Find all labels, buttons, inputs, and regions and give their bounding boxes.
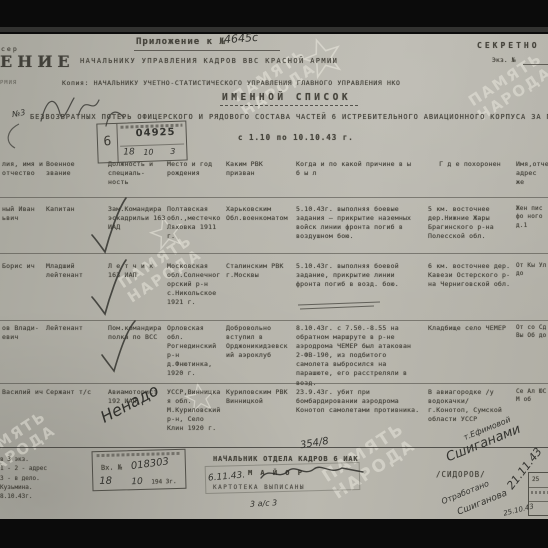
cell-rank: Сержант т/с <box>46 388 102 397</box>
checkmark-handwritten <box>98 318 138 374</box>
cell-buried: Кладбище село ЧЕМЕР <box>428 324 512 333</box>
cell-rank: Лейтенант <box>46 324 102 333</box>
cell-family: Се Ал ЮС М об <box>516 388 548 405</box>
signature-name: /СИДОРОВ/ <box>436 470 486 479</box>
col-header-name: лия, имя и отчество <box>2 160 52 178</box>
copies-line: Кузьмина. <box>0 483 58 492</box>
card-stamp-text: КАРТОТЕКА ВЫПИСАНЫ <box>213 484 305 491</box>
reg-number: 018303 <box>130 456 169 472</box>
row-separator <box>0 197 548 198</box>
cell-cause: 8.10.43г. с 7.50.-8.55 на обратном маршр… <box>296 324 422 388</box>
appendix-label: Приложение к № <box>136 37 226 47</box>
cell-cause: 23.9.43г. убит при бомбардировании аэрод… <box>296 388 422 415</box>
scan-streak <box>0 27 548 32</box>
cell-buried: 6 км. восточнее дер. Кавези Остерского р… <box>428 262 512 289</box>
cell-birth: Полтавская обл.,местечко Ляховка 1911 г. <box>167 205 224 241</box>
row-separator <box>0 383 548 384</box>
signature-scribble <box>258 463 368 485</box>
cell-rvk: Куриловским РВК Винницкой <box>226 388 290 406</box>
cell-name: Василий ич <box>2 388 52 397</box>
cell-rvk: Харьковским Обл.военкоматом <box>226 205 290 223</box>
cell-name: ный Иван ьвич <box>2 205 52 223</box>
cell-family: Жен пис фо ного д.1 <box>516 205 548 230</box>
col-header-cause: Когда и по какой причине в ы б ы л <box>296 160 416 178</box>
stamp-day: 18 <box>123 147 135 157</box>
title-underline <box>220 105 358 106</box>
checkmark-handwritten <box>88 257 128 317</box>
col-header-birth: Место и год рождения <box>167 160 224 178</box>
edge-stamp-text: 25 <box>532 476 539 483</box>
period-line: с 1.10 по 10.10.43 г. <box>238 133 354 142</box>
reg-year: 194 3г. <box>151 478 176 486</box>
cell-rvk: Сталинским РВК г.Москвы <box>226 262 290 280</box>
stamp-year: 3 <box>170 147 175 156</box>
cell-birth: Московская обл.Солнечногорский р-н с.Ник… <box>167 262 224 307</box>
cell-family: От со Сд Вы Об до <box>516 324 548 341</box>
copy-number-label: Экз. № <box>492 56 515 64</box>
incoming-stamp: 6 04925 18 10 3 <box>96 120 187 163</box>
reg-label: Вх. № <box>101 463 122 472</box>
edge-stamp-cut: 25 <box>528 472 548 516</box>
row-separator <box>0 320 548 321</box>
cell-buried: 5 км. восточнее дер.Нижние Жары Брагинск… <box>428 205 512 241</box>
copies-block: в 3 экз. 1 - 2 - адрес 3 - в дело. Кузьм… <box>0 455 58 501</box>
cell-birth: УССР,Винницкая обл. М.Куриловский р-н, С… <box>167 388 224 433</box>
reg-month: 10 <box>131 477 143 487</box>
cell-cause: 5.10.43г. выполняя боевой задание, прикр… <box>296 262 422 289</box>
col-header-duty: Должность и специаль- ность <box>108 160 168 187</box>
secret-stamp: СЕКРЕТНО <box>477 41 540 50</box>
appendix-underline <box>134 50 280 51</box>
copy-number-line <box>523 64 548 65</box>
pencil-underline <box>296 301 384 311</box>
cell-name: ов Влади- евич <box>2 324 52 342</box>
cell-birth: Орловская обл. Рогнединский р-н д.Фнютин… <box>167 324 224 379</box>
copies-line: 3 - в дело. <box>0 474 58 483</box>
stamp-number: 04925 <box>136 127 176 139</box>
col-header-buried: Г д е похоронен <box>428 160 512 169</box>
subtitle-line: БЕЗВОЗВРАТНЫХ ПОТЕРЬ ОФИЦЕРСКОГО И РЯДОВ… <box>30 113 548 121</box>
copies-line: 1 - 2 - адрес <box>0 464 58 473</box>
reg-day: 18 <box>99 476 112 487</box>
stamp-group: 6 <box>97 124 118 163</box>
cell-rvk: Добровольно вступил в Орджоникидзевский … <box>226 324 290 360</box>
registration-stamp: Вх. № 018303 18 10 194 3г. <box>91 449 186 491</box>
appendix-number-handwritten: 4645с <box>224 31 259 46</box>
col-header-rvk: Каким РВК призван <box>226 160 290 178</box>
scan-black-band-bottom <box>0 519 548 548</box>
document-scan: ПАМЯТЬ НАРОДА ПАМЯТЬ НАРОДА ПАМЯТЬ НАРОД… <box>0 0 548 548</box>
stamp-month: 10 <box>143 148 153 157</box>
edge-fragment: РМИЯ <box>0 80 17 86</box>
copies-line: 8.10.43г. <box>0 492 58 501</box>
cell-name: Борис ич <box>2 262 52 271</box>
handwritten-copies-note: 3 а/с 3 <box>250 498 278 508</box>
edge-stamp-fragment: ЕНИЕ <box>0 52 75 71</box>
col-header-rank: Военное звание <box>46 160 102 178</box>
checkmark-handwritten <box>88 195 128 255</box>
document-title: ИМЕННОЙ СПИСОК <box>222 92 351 103</box>
col-header-family: Имя,отче адрес же <box>516 160 548 187</box>
addressee-line: НАЧАЛЬНИКУ УПРАВЛЕНИЯ КАДРОВ ВВС КРАСНОЙ… <box>80 57 338 65</box>
cell-family: От Кы Ул до <box>516 262 548 279</box>
cell-cause: 5.10.43г. выполняя боевые задания – прик… <box>296 205 422 241</box>
copies-line: в 3 экз. <box>0 455 58 464</box>
row-separator <box>0 253 548 254</box>
margin-flourish <box>1 122 21 150</box>
